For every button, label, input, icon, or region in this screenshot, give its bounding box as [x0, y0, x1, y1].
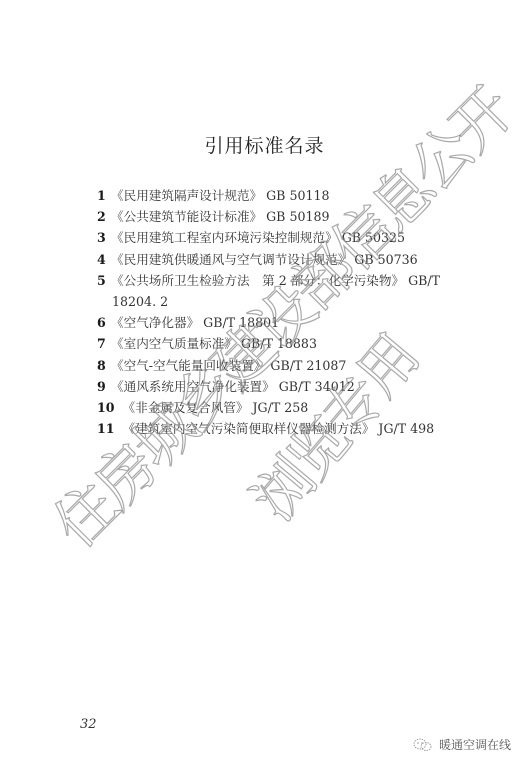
reference-code: GB/T 18801 — [203, 315, 279, 330]
reference-title: 《通风系统用空气净化装置》 — [111, 379, 275, 394]
reference-title: 《民用建筑工程室内环境污染控制规范》 — [111, 230, 338, 245]
reference-number: 9 — [97, 376, 107, 397]
reference-item: 7《室内空气质量标准》GB/T 18883 — [97, 333, 497, 354]
page-number: 32 — [80, 717, 97, 732]
reference-code: JG/T 498 — [378, 421, 434, 436]
reference-number: 3 — [97, 227, 107, 248]
reference-code: GB 50118 — [266, 188, 329, 203]
page-title: 引用标准名录 — [0, 131, 529, 158]
reference-list: 1《民用建筑隔声设计规范》GB 50118 2《公共建筑节能设计标准》GB 50… — [97, 185, 497, 439]
reference-code: GB/T 34012 — [279, 379, 355, 394]
reference-item: 4《民用建筑供暖通风与空气调节设计规范》GB 50736 — [97, 249, 497, 270]
reference-code: GB 50325 — [342, 230, 405, 245]
reference-title: 《空气-空气能量回收装置》 — [111, 358, 266, 373]
reference-code: GB/T 18883 — [241, 336, 317, 351]
reference-code: GB/T 21087 — [270, 358, 346, 373]
reference-number: 6 — [97, 312, 107, 333]
reference-number: 4 — [97, 249, 107, 270]
reference-code: JG/T 258 — [252, 400, 308, 415]
reference-title: 《民用建筑隔声设计规范》 — [111, 188, 262, 203]
reference-item: 9《通风系统用空气净化装置》GB/T 34012 — [97, 376, 497, 397]
reference-code-continuation: 18204. 2 — [112, 294, 168, 309]
reference-item: 2《公共建筑节能设计标准》GB 50189 — [97, 206, 497, 227]
reference-title: 《室内空气质量标准》 — [111, 336, 237, 351]
reference-title: 《公共建筑节能设计标准》 — [111, 209, 262, 224]
reference-title: 《公共场所卫生检验方法 第 2 部分：化学污染物》 — [111, 273, 404, 288]
reference-number: 10 — [97, 397, 115, 418]
reference-item: 3《民用建筑工程室内环境污染控制规范》GB 50325 — [97, 227, 497, 248]
reference-item: 1《民用建筑隔声设计规范》GB 50118 — [97, 185, 497, 206]
reference-item: 10《非金属及复合风管》JG/T 258 — [97, 397, 497, 418]
wechat-icon — [413, 738, 433, 752]
reference-number: 1 — [97, 185, 107, 206]
reference-title: 《民用建筑供暖通风与空气调节设计规范》 — [111, 252, 350, 267]
reference-item: 5《公共场所卫生检验方法 第 2 部分：化学污染物》GB/T — [97, 270, 497, 291]
reference-title: 《非金属及复合风管》 — [123, 400, 249, 415]
reference-number: 8 — [97, 355, 107, 376]
reference-title: 《建筑室内空气污染简便取样仪器检测方法》 — [123, 421, 375, 436]
brand-label: 暖通空调在线 — [439, 736, 511, 753]
reference-number: 7 — [97, 333, 107, 354]
reference-item: 11《建筑室内空气污染简便取样仪器检测方法》JG/T 498 — [97, 418, 497, 439]
document-page: 引用标准名录 1《民用建筑隔声设计规范》GB 50118 2《公共建筑节能设计标… — [0, 0, 529, 766]
reference-code: GB 50736 — [354, 252, 417, 267]
reference-item: 8《空气-空气能量回收装置》GB/T 21087 — [97, 355, 497, 376]
reference-continuation: 18204. 2 — [97, 291, 497, 312]
reference-code: GB/T — [408, 273, 440, 288]
reference-number: 2 — [97, 206, 107, 227]
reference-number: 5 — [97, 270, 107, 291]
reference-title: 《空气净化器》 — [111, 315, 199, 330]
brand-badge: 暖通空调在线 — [413, 736, 511, 753]
reference-number: 11 — [97, 418, 115, 439]
reference-code: GB 50189 — [266, 209, 329, 224]
reference-item: 6《空气净化器》GB/T 18801 — [97, 312, 497, 333]
